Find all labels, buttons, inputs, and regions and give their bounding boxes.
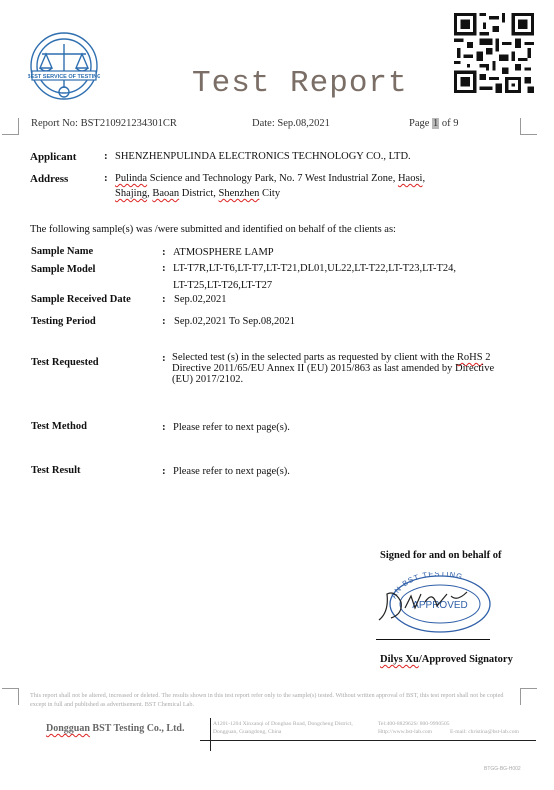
crop-mark-top-left [2,118,19,135]
footer-company-name: Dongguan BST Testing Co., Ltd. [46,723,184,734]
approved-signatory: Dilys Xu/Approved Signatory [380,654,513,665]
received-date-colon: : [162,293,166,305]
test-method-label: Test Method [31,421,87,432]
sample-name-value: ATMOSPHERE LAMP [173,246,274,260]
address-line-1: Pulinda Science and Technology Park, No.… [115,172,425,186]
crop-mark-top-right [520,118,537,135]
footer-contact: Tel:400-882962S/ 800-9990505 Http://www.… [378,720,519,736]
applicant-label: Applicant [30,151,76,163]
test-result-colon: : [162,465,166,477]
test-requested-colon: : [162,352,166,364]
svg-text:BEST SERVICE OF TESTING: BEST SERVICE OF TESTING [28,74,100,80]
testing-period-value: Sep.02,2021 To Sep.08,2021 [174,315,295,329]
testing-period-colon: : [162,315,166,327]
sample-model-colon: : [162,262,166,274]
test-requested-value: Selected test (s) in the selected parts … [172,352,494,385]
crop-mark-bottom-left [2,688,19,705]
test-method-colon: : [162,421,166,433]
page-indicator: Page 1 of 9 [409,118,459,129]
sample-model-value: LT-T7R,LT-T6,LT-T7,LT-T21,DL01,UL22,LT-T… [173,262,456,293]
signed-on-behalf: Signed for and on behalf of [380,550,501,561]
received-date-label: Sample Received Date [31,294,131,305]
page-title: Test Report [192,66,408,101]
footer-horizontal-rule [200,740,536,741]
footer-tel: Tel:400-882962S/ 800-9990505 [378,720,519,728]
signature-line [376,639,490,640]
test-result-value: Please refer to next page(s). [173,465,290,479]
address-colon: : [104,172,108,184]
bst-logo: BEST SERVICE OF TESTING [28,30,100,102]
bst-seal-logo-icon: BEST SERVICE OF TESTING [28,30,100,102]
applicant-value: SHENZHENPULINDA ELECTRONICS TECHNOLOGY C… [115,150,411,164]
report-date: Date: Sep.08,2021 [252,118,330,129]
applicant-colon: : [104,150,108,162]
crop-mark-bottom-right [520,688,537,705]
test-result-label: Test Result [31,465,81,476]
address-label: Address [30,173,68,185]
footer-email[interactable]: E-mail: christina@bst-lab.com [450,729,519,735]
footer-website[interactable]: Http://www.bst-lab.com [378,729,432,735]
sample-name-label: Sample Name [31,246,93,257]
test-method-value: Please refer to next page(s). [173,421,290,435]
report-number: Report No: BST210921234301CR [31,118,177,129]
sample-name-colon: : [162,246,166,258]
approved-stamp: AN BST TESTING APPROVED [375,572,495,634]
address-line-2: Shajing, Baoan District, Shenzhen City [115,187,425,201]
page-suffix: of 9 [439,118,458,129]
address-value: Pulinda Science and Technology Park, No.… [115,172,425,201]
footer-address: A1201-1204 Xinxanqi of Donghao Road, Don… [213,720,353,736]
received-date-value: Sep.02,2021 [174,293,227,307]
approved-stamp-icon: AN BST TESTING APPROVED [375,572,495,634]
test-requested-label: Test Requested [31,357,99,368]
footer-disclaimer: This report shall not be altered, increa… [30,691,520,709]
testing-period-label: Testing Period [31,316,96,327]
form-code: BTGG-BG-H002 [484,766,521,772]
sample-model-label: Sample Model [31,264,95,275]
intro-text: The following sample(s) was /were submit… [30,224,396,235]
qr-code [454,13,534,93]
footer-vertical-rule [210,718,211,751]
page-prefix: Page [409,118,432,129]
qr-code-icon [454,13,534,93]
